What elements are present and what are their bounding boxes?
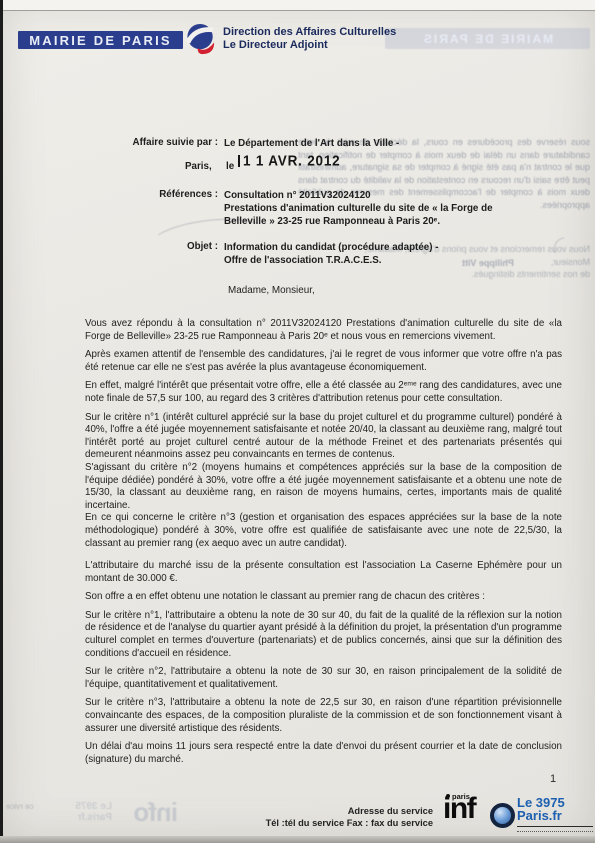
info-o-ring-icon [490,803,515,828]
letter-body: Vous avez répondu à la consultation n° 2… [85,318,562,772]
paragraph-critere-3: En ce qui concerne le critère n°3 (gesti… [85,512,562,550]
paris-info-logo: paris inf Le 3975 Paris.fr [443,792,593,838]
bleedthrough-signature-name: Philippe Vitt [462,258,514,268]
paragraph-attributaire-critere-3: Sur le critère n°3, l'attributaire a obt… [85,697,562,735]
scan-left-edge [0,0,3,843]
paragraph-attributaire: L'attributaire du marché issu de la prés… [85,560,562,585]
salutation: Madame, Monsieur, [228,285,315,296]
affaire-label: Affaire suivie par : [100,137,218,148]
page-number: 1 [550,773,556,785]
objet-line2: Offre de l'association T.R.A.C.E.S. [224,254,381,267]
scanned-letter-page: MAIRIE DE PARIS sous réserve des procédu… [0,0,595,843]
paragraph-attributaire-critere-2: Sur le critère n°2, l'attributaire a obt… [85,666,562,691]
scan-top-edge [0,0,595,11]
footer-address: Adresse du service [233,806,433,816]
paragraph: En effet, malgré l'intérêt que présentai… [85,380,562,405]
paragraph: Vous avez répondu à la consultation n° 2… [85,318,562,343]
stamp-mark [238,155,240,167]
references-line1: Consultation n° 2011V32024120 [224,189,371,202]
le-label: le [226,160,234,173]
references-label: Références : [100,189,218,200]
paragraph: Après examen attentif de l'ensemble des … [85,349,562,374]
banner-title: MAIRIE DE PARIS [29,33,172,48]
department-heading: Direction des Affaires Culturelles Le Di… [223,26,396,52]
footer-telephone: Tél :tél du service Fax : fax du service [210,818,433,828]
logo-info-text: inf [443,794,475,824]
mairie-de-paris-seine-logo-icon [185,22,220,57]
bleedthrough-swirl [548,231,593,273]
logo-parisfr: Paris.fr [517,809,565,822]
objet-label: Objet : [100,241,218,252]
stamp-date-text: 1 1 AVR. 2012 [243,152,340,169]
bleedthrough-masthead: MAIRIE DE PARIS [385,28,590,49]
affaire-value: Le Département de l'Art dans la Ville - [224,137,399,150]
bleedthrough-edge-text: ce rvice [6,802,34,812]
objet-line1: Information du candidat (procédure adapt… [224,241,438,254]
references-line3: Belleville » 23-25 rue Ramponneau à Pari… [224,215,440,228]
date-stamp: 1 1 AVR. 2012 [238,153,340,168]
bleedthrough-footer-logo: info Le 3975 Paris.fr [48,797,178,837]
logo-tagline-rule [517,826,593,832]
paragraph-attributaire-critere-1: Sur le critère n°1, l'attributaire a obt… [85,610,562,660]
paragraph-delai: Un délai d'au moins 11 jours sera respec… [85,741,562,766]
mairie-de-paris-banner: MAIRIE DE PARIS [18,31,183,49]
department-line1: Direction des Affaires Culturelles [223,26,396,39]
department-line2: Le Directeur Adjoint [223,39,396,52]
logo-contact-block: Le 3975 Paris.fr [517,796,565,822]
scan-bottom-edge [0,836,595,843]
references-line2: Prestations d'animation culturelle du si… [224,202,493,215]
paragraph-critere-2: S'agissant du critère n°2 (moyens humain… [85,462,562,512]
paragraph: Son offre a en effet obtenu une notation… [85,591,562,604]
place-label: Paris, [185,160,212,173]
paragraph-critere-1: Sur le critère n°1 (intérêt culturel app… [85,412,562,462]
